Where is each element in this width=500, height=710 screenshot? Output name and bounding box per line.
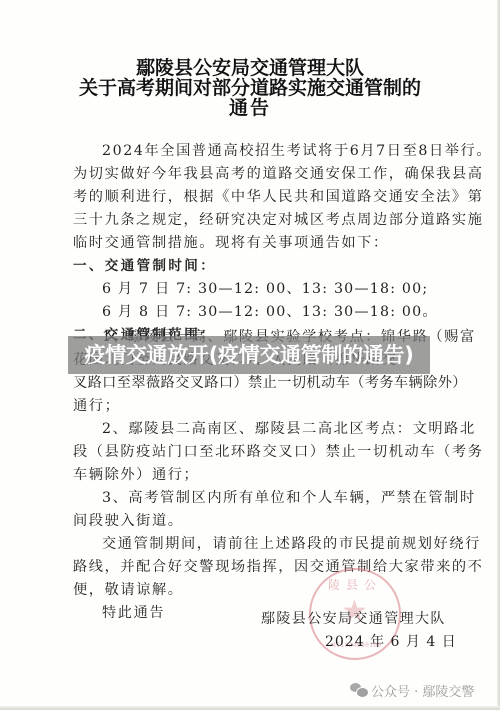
wechat-icon — [350, 683, 367, 697]
page-edge-bottom — [0, 706, 500, 710]
section-2-item-3-line-2: 间段驶入街道。 — [73, 512, 433, 530]
section-2-item-2-line-1: 2、鄢陵县二高南区、鄢陵县二高北区考点：文明路北 — [102, 420, 462, 438]
closing-line-2: 路线，并配合好交警现场指挥，因交通管制给大家带来的不 — [73, 558, 433, 576]
signature-organization: 鄢陵县公安局交通管理大队 — [261, 608, 446, 628]
section-2-item-3-line-1: 3、高考管制区内所有单位和个人车辆，严禁在管制时 — [102, 489, 462, 507]
section-2-item-2-line-2: 段（县防疫站门口至北环路交叉口）禁止一切机动车（考务 — [73, 443, 433, 461]
closing-line-1: 交通管制期间，请前往上述路段的市民提前规划好绕行 — [102, 535, 462, 553]
document-page: 鄢陵县公安局交通管理大队 关于高考期间对部分道路实施交通管制的 通告 2024年… — [0, 0, 500, 710]
overlay-title-banner: 疫情交通放开(疫情交通管制的通告) — [68, 336, 430, 374]
stamp-text: 陵县公 — [311, 576, 399, 593]
document-title-line-3: 通告 — [0, 98, 500, 118]
section-2-item-1-line-3: 叉路口至翠薇路交叉路口）禁止一切机动车（考务车辆除外） — [73, 374, 433, 392]
wechat-account-watermark: 公众号 · 鄢陵交警 — [350, 681, 474, 699]
document-title-line-2: 关于高考期间对部分道路实施交通管制的 — [0, 78, 500, 98]
section-1-time-2: 6 月 8 日 7: 30—12: 00、13: 30—18: 00。 — [102, 303, 462, 321]
watermark-text: 公众号 · 鄢陵交警 — [371, 681, 474, 700]
section-1-time-1: 6 月 7 日 7: 30—12: 00、13: 30—18: 00; — [102, 280, 462, 298]
signature-date: 2024 年 6 月 4 日 — [325, 631, 457, 651]
intro-line-4: 三十九条之规定，经研究决定对城区考点周边部分道路实施 — [73, 211, 433, 229]
overlay-title-text: 疫情交通放开(疫情交通管制的通告) — [68, 336, 430, 374]
document-title-line-1: 鄢陵县公安局交通管理大队 — [0, 58, 500, 78]
intro-line-3: 考的顺利进行，根据《中华人民共和国道路交通安全法》第 — [73, 188, 433, 206]
intro-line-1: 2024年全国普通高校招生考试将于6月7日至8日举行。 — [102, 142, 462, 160]
section-2-item-1-line-4: 通行； — [73, 397, 433, 415]
intro-line-5: 临时交通管制措施。现将有关事项通告如下： — [73, 234, 433, 252]
section-1-heading: 一、交通管制时间： — [73, 257, 433, 275]
section-2-item-2-line-3: 车辆除外）通行； — [73, 466, 433, 484]
intro-line-2: 为切实做好今年我县高考的道路交通安保工作，确保我县高 — [73, 165, 433, 183]
